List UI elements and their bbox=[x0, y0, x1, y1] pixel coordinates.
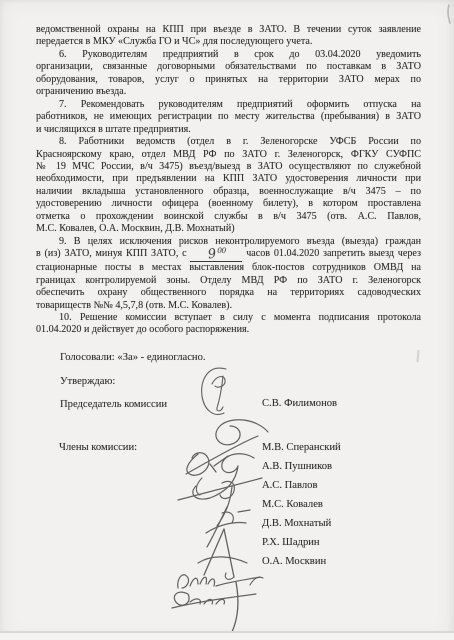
signature-moskvin bbox=[166, 578, 266, 634]
body-line: Красноярскому краю, отдел МВД РФ по ЗАТО… bbox=[36, 149, 421, 161]
body-line: 7. Рекомендовать руководителям предприят… bbox=[36, 99, 421, 111]
members-label: Члены комиссии: bbox=[59, 442, 137, 453]
body-line: отметка о прохождении воинской службы в … bbox=[36, 211, 421, 223]
approve-line: Утверждаю: bbox=[60, 376, 115, 387]
body-line: 10. Решение комиссии вступает в силу с м… bbox=[36, 312, 421, 324]
body-line: 01.04.2020 и действует до особого распор… bbox=[36, 324, 421, 336]
body-line: товариществ №№ 4,5,7,8 (отв. М.С. Ковале… bbox=[36, 300, 421, 312]
body-line: удостоверению личности офицера (военному… bbox=[36, 198, 421, 210]
body-line: наличии вкладыша установленного образца,… bbox=[36, 186, 421, 198]
scan-edge-area bbox=[0, 633, 454, 640]
member-name: Р.Х. Шадрин bbox=[262, 537, 320, 548]
body-line: М.С. Ковалев, О.А. Москвин, Д.В. Мохнаты… bbox=[36, 223, 421, 235]
voting-line: Голосовали: «За» - единогласно. bbox=[60, 352, 206, 363]
chairman-label: Председатель комиссии bbox=[60, 399, 167, 410]
body-line: ограничению въезда. bbox=[36, 86, 421, 98]
body-line: оборудования, товаров, услуг о принятых … bbox=[36, 74, 421, 86]
body-line: границах контролируемой зоны. Отделу МВД… bbox=[36, 275, 421, 287]
body-line: стационарные посты в местах выставления … bbox=[36, 262, 421, 274]
document-body: ведомственной охраны на КПП при въезде в… bbox=[36, 24, 421, 337]
handwritten-time-blank: 900 bbox=[190, 250, 242, 262]
body-line: работников, не имеющих регистрации по ме… bbox=[36, 111, 421, 123]
scan-smudge bbox=[416, 350, 419, 362]
scanned-document-page: ведомственной охраны на КПП при въезде в… bbox=[0, 0, 454, 640]
body-line: 8. Работники ведомств (отдел в г. Зелено… bbox=[36, 136, 421, 148]
scan-artifact-mark bbox=[443, 3, 453, 25]
signature-filimonov bbox=[196, 362, 242, 422]
body-line: ведомственной охраны на КПП при въезде в… bbox=[36, 24, 421, 36]
body-line: передается в МКУ «Служба ГО и ЧС» для по… bbox=[36, 36, 421, 48]
body-line: 6. Руководителям предприятий в срок до 0… bbox=[36, 49, 421, 61]
body-line: в (из) ЗАТО, минуя КПП ЗАТО, с 900 часов… bbox=[36, 248, 421, 262]
chairman-name: С.В. Филимонов bbox=[262, 398, 337, 409]
body-line: обеспечить охрану общественного порядка … bbox=[36, 287, 421, 299]
body-line: 9. В целях исключения рисков неконтролир… bbox=[36, 236, 421, 248]
body-line: и числящихся в штате предприятия. bbox=[36, 124, 421, 136]
body-line: необходимости, при предъявлении на КПП З… bbox=[36, 173, 421, 185]
member-name: Д.В. Мохнатый bbox=[262, 518, 331, 529]
body-line: № 19 МЧС России, в/ч 3475) въезд/выезд в… bbox=[36, 161, 421, 173]
member-name: О.А. Москвин bbox=[262, 556, 326, 567]
body-line: организации, связанные договорными обяза… bbox=[36, 61, 421, 73]
